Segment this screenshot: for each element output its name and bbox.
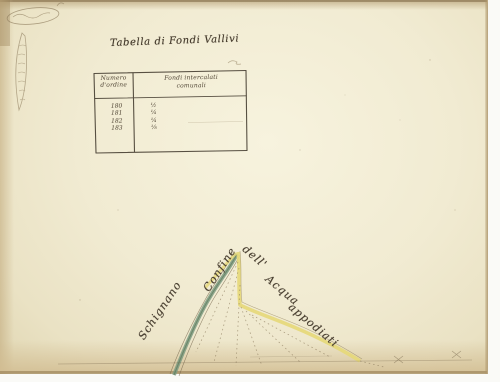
table-row-num: 183	[103, 124, 131, 131]
table-row-num: 181	[103, 109, 131, 116]
scanned-map-page: Tabella di Fondi Vallivi Numero d'ordine…	[0, 0, 500, 382]
table-row-val: ⅛	[151, 123, 181, 131]
table-row-val: ¼	[151, 116, 181, 124]
table-col2-header-line2: comunali	[140, 81, 242, 90]
table-row-num: 182	[103, 117, 131, 124]
table: Numero d'ordine Fondi intercalati comuna…	[0, 0, 500, 382]
table-row-val: ¼	[151, 108, 181, 116]
table-col1-header-line2: d'ordine	[96, 81, 131, 89]
